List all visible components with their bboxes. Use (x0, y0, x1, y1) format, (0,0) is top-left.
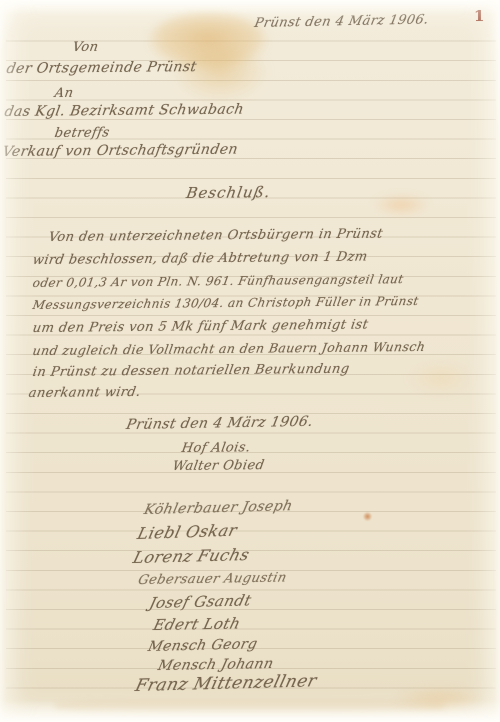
body-line-1: Von den unterzeichneten Ortsbürgern in P… (48, 227, 385, 245)
stain-bottom-strip (55, 698, 445, 714)
address-to: das Kgl. Bezirksamt Schwabach (3, 101, 245, 119)
date-line-header: Prünst den 4 März 1906. (253, 12, 430, 31)
stain-top-left-lower (170, 48, 270, 103)
stain-right-upper (372, 194, 430, 216)
stain-right-middle (408, 362, 472, 394)
body-line-2: wird beschlossen, daß die Abtretung von … (32, 250, 369, 268)
official-signature-1: Hof Alois. (181, 440, 252, 456)
address-subject: Verkauf von Ortschaftsgründen (1, 142, 239, 160)
body-line-5: um den Preis von 5 Mk fünf Mark genehmig… (32, 317, 370, 336)
date-line-closing: Prünst den 4 März 1906. (125, 414, 315, 433)
address-re-label: betreffs (54, 125, 111, 141)
signature-3: Lorenz Fuchs (131, 545, 252, 567)
stain-bottom-right (392, 686, 487, 714)
official-signature-2: Walter Obied (172, 458, 266, 474)
signature-1: Köhlerbauer Joseph (142, 498, 294, 518)
body-line-4: Messungsverzeichnis 130/04. an Christoph… (32, 294, 420, 312)
body-line-3: oder 0,01,3 Ar von Pln. N. 961. Fünfhaus… (32, 272, 405, 290)
body-line-6: und zugleich die Vollmacht an den Bauern… (32, 339, 427, 358)
address-from: der Ortsgemeinde Prünst (5, 59, 198, 77)
signature-9: Franz Mittenzellner (133, 671, 319, 696)
address-from-label: Von (72, 40, 100, 55)
signature-7: Mensch Georg (146, 636, 259, 655)
signature-2: Liebl Oskar (136, 521, 240, 543)
signature-4: Gebersauer Augustin (137, 570, 289, 588)
signature-8: Mensch Johann (156, 656, 275, 674)
body-line-8: anerkannt wird. (28, 385, 142, 401)
page-number: 1 (474, 7, 484, 25)
body-line-7: in Prünst zu dessen notariellen Beurkund… (32, 362, 351, 380)
resolution-heading: Beschluß. (185, 183, 272, 202)
scanned-letter-page: 1 Prünst den 4 März 1906. Von der Ortsge… (0, 0, 500, 722)
address-to-label: An (54, 86, 75, 101)
signature-5: Josef Gsandt (148, 591, 254, 612)
stain-dot-right (363, 512, 372, 521)
signature-6: Edert Loth (151, 614, 242, 633)
